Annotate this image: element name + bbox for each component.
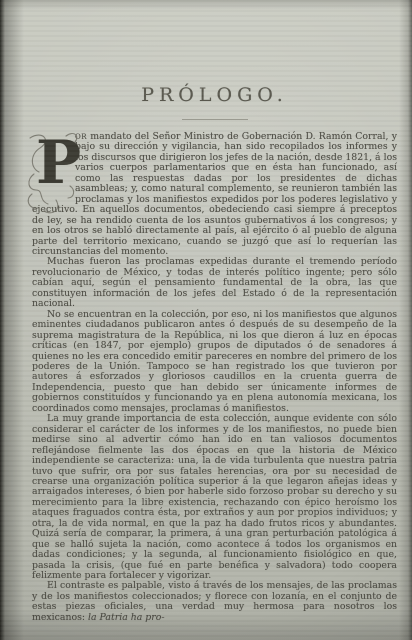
paragraph: P or mandato del Señor Ministro de Gober… (32, 132, 397, 257)
paragraph-text: El contraste es palpable, visto á través… (32, 580, 397, 622)
book-page-photo: PRÓLOGO. P or mandato del Señor Mini (0, 0, 412, 640)
paragraph-text: Muchas fueron las proclamas expedidas du… (32, 256, 397, 309)
paragraph: La muy grande importancia de esta colecc… (32, 414, 397, 581)
paragraph-text: mandato del Señor Ministro de Gobernació… (32, 131, 397, 257)
ornate-initial-p-icon: P (32, 133, 72, 195)
paragraph: El contraste es palpable, visto á través… (32, 581, 397, 623)
paragraph: Muchas fueron las proclamas expedidas du… (32, 257, 397, 309)
prologue-text: P or mandato del Señor Ministro de Gober… (32, 132, 397, 623)
closing-italic-phrase: la Patria ha pro- (88, 612, 165, 623)
page-body: PRÓLOGO. P or mandato del Señor Mini (32, 84, 397, 623)
paragraph: No se encuentran en la colección, por es… (32, 310, 397, 415)
page-title: PRÓLOGO. (32, 84, 397, 106)
svg-text:P: P (36, 128, 81, 198)
paragraph-text: La muy grande importancia de esta colecc… (32, 413, 397, 581)
paragraph-text: No se encuentran en la colección, por es… (32, 309, 397, 414)
title-divider-rule (182, 119, 248, 120)
